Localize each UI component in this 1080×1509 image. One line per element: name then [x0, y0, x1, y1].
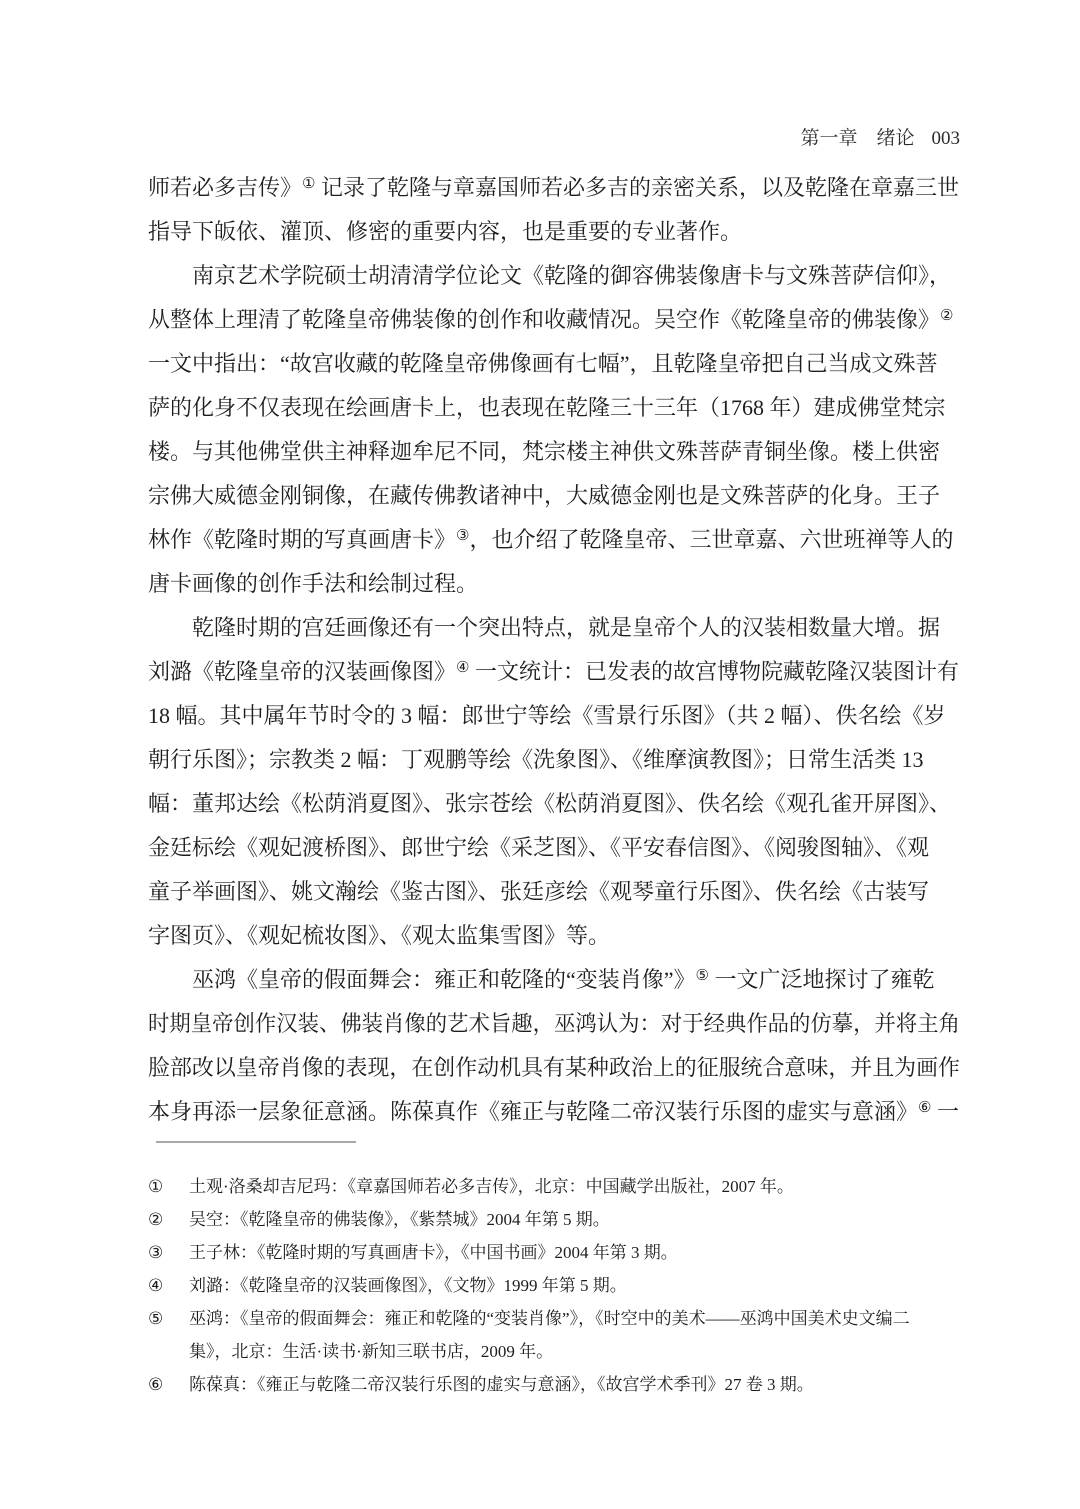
body-line: 本身再添一层象征意涵。陈葆真作《雍正与乾隆二帝汉装行乐图的虚实与意涵》⑥ 一	[148, 1090, 960, 1134]
footnote-item: ⑥陈葆真：《雍正与乾隆二帝汉装行乐图的虚实与意涵》，《故宫学术季刊》27 卷 3…	[148, 1368, 960, 1401]
footnote-line: 吴空：《乾隆皇帝的佛装像》，《紫禁城》2004 年第 5 期。	[189, 1203, 960, 1236]
body-line: 时期皇帝创作汉装、佛装肖像的艺术旨趣，巫鸿认为：对于经典作品的仿摹，并将主角	[148, 1002, 937, 1046]
footnote-text: 吴空：《乾隆皇帝的佛装像》，《紫禁城》2004 年第 5 期。	[189, 1203, 960, 1236]
paragraph: 巫鸿《皇帝的假面舞会：雍正和乾隆的“变装肖像”》⑤ 一文广泛地探讨了雍乾时期皇帝…	[148, 958, 960, 1134]
body-line: 一文中指出：“故宫收藏的乾隆皇帝佛像画有七幅”，且乾隆皇帝把自己当成文殊菩	[148, 342, 960, 386]
body-line: 乾隆时期的宫廷画像还有一个突出特点，就是皇帝个人的汉装相数量大增。据	[148, 606, 960, 650]
footnote-text: 巫鸿：《皇帝的假面舞会：雍正和乾隆的“变装肖像”》，《时空中的美术——巫鸿中国美…	[189, 1302, 960, 1368]
footnote-line: 土观·洛桑却吉尼玛：《章嘉国师若必多吉传》，北京：中国藏学出版社，2007 年。	[189, 1170, 960, 1203]
footnote-text: 陈葆真：《雍正与乾隆二帝汉装行乐图的虚实与意涵》，《故宫学术季刊》27 卷 3 …	[189, 1368, 960, 1401]
footnote-item: ②吴空：《乾隆皇帝的佛装像》，《紫禁城》2004 年第 5 期。	[148, 1203, 960, 1236]
header-section-title: 绪论	[876, 128, 914, 149]
body-text-block: 师若必多吉传》① 记录了乾隆与章嘉国师若必多吉的亲密关系，以及乾隆在章嘉三世指导…	[148, 166, 960, 1134]
body-line: 师若必多吉传》① 记录了乾隆与章嘉国师若必多吉的亲密关系，以及乾隆在章嘉三世	[148, 166, 960, 210]
body-line: 楼。与其他佛堂供主神释迦牟尼不同，梵宗楼主神供文殊菩萨青铜坐像。楼上供密	[148, 430, 960, 474]
paragraph: 乾隆时期的宫廷画像还有一个突出特点，就是皇帝个人的汉装相数量大增。据刘潞《乾隆皇…	[148, 606, 960, 958]
body-line: 金廷标绘《观妃渡桥图》、郎世宁绘《采芝图》、《平安春信图》、《阅骏图轴》、《观	[148, 826, 960, 870]
body-line: 萨的化身不仅表现在绘画唐卡上，也表现在乾隆三十三年（1768 年）建成佛堂梵宗	[148, 386, 960, 430]
header-page-number: 003	[932, 128, 961, 149]
body-line: 字图页》、《观妃梳妆图》、《观太监集雪图》等。	[148, 914, 960, 958]
footnote-text: 土观·洛桑却吉尼玛：《章嘉国师若必多吉传》，北京：中国藏学出版社，2007 年。	[189, 1170, 960, 1203]
body-line: 童子举画图》、姚文瀚绘《鉴古图》、张廷彦绘《观琴童行乐图》、佚名绘《古装写	[148, 870, 960, 914]
footnote-ref: ①	[302, 176, 315, 192]
footnote-marker: ④	[148, 1269, 189, 1302]
footnote-line: 巫鸿：《皇帝的假面舞会：雍正和乾隆的“变装肖像”》，《时空中的美术——巫鸿中国美…	[189, 1302, 960, 1335]
footnote-item: ③王子林：《乾隆时期的写真画唐卡》，《中国书画》2004 年第 3 期。	[148, 1236, 960, 1269]
footnote-text: 王子林：《乾隆时期的写真画唐卡》，《中国书画》2004 年第 3 期。	[189, 1236, 960, 1269]
footnote-text: 刘潞：《乾隆皇帝的汉装画像图》，《文物》1999 年第 5 期。	[189, 1269, 960, 1302]
footnote-line: 刘潞：《乾隆皇帝的汉装画像图》，《文物》1999 年第 5 期。	[189, 1269, 960, 1302]
body-line: 18 幅。其中属年节时令的 3 幅：郎世宁等绘《雪景行乐图》（共 2 幅）、佚名…	[148, 694, 960, 738]
footnotes-block: ①土观·洛桑却吉尼玛：《章嘉国师若必多吉传》，北京：中国藏学出版社，2007 年…	[148, 1170, 960, 1401]
footnote-marker: ②	[148, 1203, 189, 1236]
footnote-item: ④刘潞：《乾隆皇帝的汉装画像图》，《文物》1999 年第 5 期。	[148, 1269, 960, 1302]
footnote-marker: ⑤	[148, 1302, 189, 1368]
body-line: 朝行乐图》；宗教类 2 幅：丁观鹏等绘《洗象图》、《维摩演教图》；日常生活类 1…	[148, 738, 960, 782]
footnote-line: 陈葆真：《雍正与乾隆二帝汉装行乐图的虚实与意涵》，《故宫学术季刊》27 卷 3 …	[189, 1368, 960, 1401]
body-line: 从整体上理清了乾隆皇帝佛装像的创作和收藏情况。吴空作《乾隆皇帝的佛装像》②	[148, 298, 960, 342]
footnote-ref: ⑥	[918, 1100, 931, 1116]
body-line: 幅：董邦达绘《松荫消夏图》、张宗苍绘《松荫消夏图》、佚名绘《观孔雀开屏图》、	[148, 782, 960, 826]
body-line: 脸部改以皇帝肖像的表现，在创作动机具有某种政治上的征服统合意味，并且为画作	[148, 1046, 958, 1090]
footnote-marker: ③	[148, 1236, 189, 1269]
footnote-separator	[156, 1141, 356, 1143]
footnote-ref: ②	[940, 308, 953, 324]
footnote-marker: ⑥	[148, 1368, 189, 1401]
body-line: 林作《乾隆时期的写真画唐卡》③，也介绍了乾隆皇帝、三世章嘉、六世班禅等人的	[148, 518, 960, 562]
footnote-line: 王子林：《乾隆时期的写真画唐卡》，《中国书画》2004 年第 3 期。	[189, 1236, 960, 1269]
body-line: 南京艺术学院硕士胡清清学位论文《乾隆的御容佛装像唐卡与文殊菩萨信仰》，	[148, 254, 960, 298]
body-line: 唐卡画像的创作手法和绘制过程。	[148, 562, 960, 606]
footnote-item: ①土观·洛桑却吉尼玛：《章嘉国师若必多吉传》，北京：中国藏学出版社，2007 年…	[148, 1170, 960, 1203]
footnote-marker: ①	[148, 1170, 189, 1203]
paragraph: 南京艺术学院硕士胡清清学位论文《乾隆的御容佛装像唐卡与文殊菩萨信仰》，从整体上理…	[148, 254, 960, 606]
footnote-line: 集》，北京：生活·读书·新知三联书店，2009 年。	[189, 1335, 960, 1368]
header-chapter-title: 第一章	[800, 128, 857, 149]
footnote-ref: ③	[456, 528, 469, 544]
body-line: 指导下皈依、灌顶、修密的重要内容，也是重要的专业著作。	[148, 210, 960, 254]
running-header: 第一章绪论003	[781, 101, 960, 172]
body-line: 刘潞《乾隆皇帝的汉装画像图》④ 一文统计：已发表的故宫博物院藏乾隆汉装图计有	[148, 650, 960, 694]
footnote-ref: ④	[456, 660, 469, 676]
book-page: 第一章绪论003 师若必多吉传》① 记录了乾隆与章嘉国师若必多吉的亲密关系，以及…	[0, 0, 1080, 1509]
body-line: 宗佛大威德金刚铜像，在藏传佛教诸神中，大威德金刚也是文殊菩萨的化身。王子	[148, 474, 960, 518]
paragraph: 师若必多吉传》① 记录了乾隆与章嘉国师若必多吉的亲密关系，以及乾隆在章嘉三世指导…	[148, 166, 960, 254]
footnote-ref: ⑤	[696, 968, 709, 984]
footnote-item: ⑤巫鸿：《皇帝的假面舞会：雍正和乾隆的“变装肖像”》，《时空中的美术——巫鸿中国…	[148, 1302, 960, 1368]
body-line: 巫鸿《皇帝的假面舞会：雍正和乾隆的“变装肖像”》⑤ 一文广泛地探讨了雍乾	[148, 958, 960, 1002]
